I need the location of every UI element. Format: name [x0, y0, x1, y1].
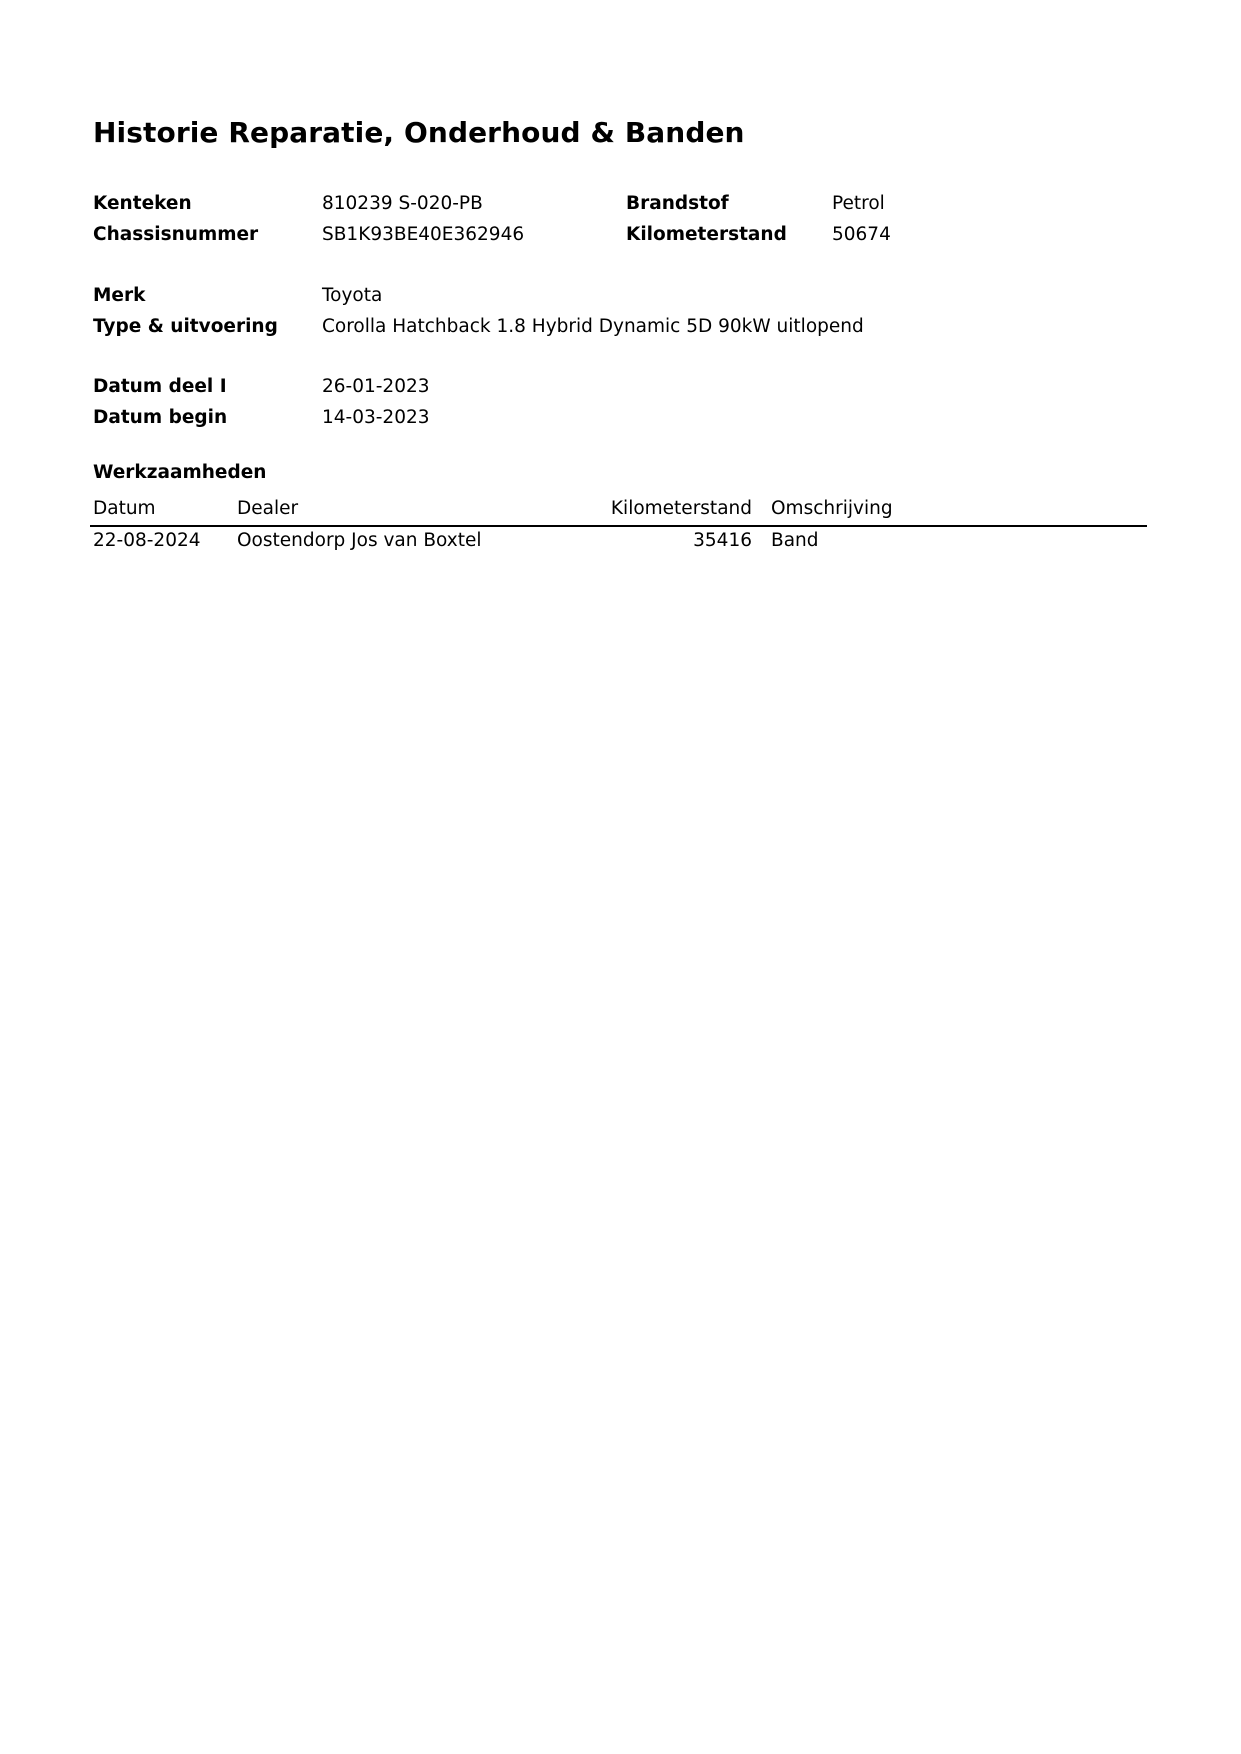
chassisnummer-label: Chassisnummer: [93, 226, 258, 245]
datum-deel-1-value: 26-01-2023: [322, 378, 430, 397]
brandstof-value: Petrol: [832, 195, 885, 214]
column-header-omschrijving: Omschrijving: [771, 500, 893, 519]
header-divider: [90, 525, 1147, 527]
merk-label: Merk: [93, 287, 145, 306]
page-title: Historie Reparatie, Onderhoud & Banden: [93, 116, 745, 149]
werkzaamheden-heading: Werkzaamheden: [93, 464, 266, 483]
cell-datum: 22-08-2024: [93, 532, 201, 551]
type-value: Corolla Hatchback 1.8 Hybrid Dynamic 5D …: [322, 318, 864, 337]
type-label: Type & uitvoering: [93, 318, 278, 337]
datum-begin-label: Datum begin: [93, 409, 227, 428]
merk-value: Toyota: [322, 287, 382, 306]
kenteken-label: Kenteken: [93, 195, 192, 214]
datum-deel-1-label: Datum deel I: [93, 378, 227, 397]
column-header-kilometerstand: Kilometerstand: [560, 500, 752, 519]
kilometerstand-label: Kilometerstand: [626, 226, 787, 245]
column-header-dealer: Dealer: [237, 500, 298, 519]
column-header-datum: Datum: [93, 500, 156, 519]
kenteken-value: 810239 S-020-PB: [322, 195, 483, 214]
datum-begin-value: 14-03-2023: [322, 409, 430, 428]
brandstof-label: Brandstof: [626, 195, 729, 214]
cell-kilometerstand: 35416: [560, 532, 752, 551]
cell-dealer: Oostendorp Jos van Boxtel: [237, 532, 482, 551]
kilometerstand-value: 50674: [832, 226, 891, 245]
chassisnummer-value: SB1K93BE40E362946: [322, 226, 524, 245]
cell-omschrijving: Band: [771, 532, 819, 551]
